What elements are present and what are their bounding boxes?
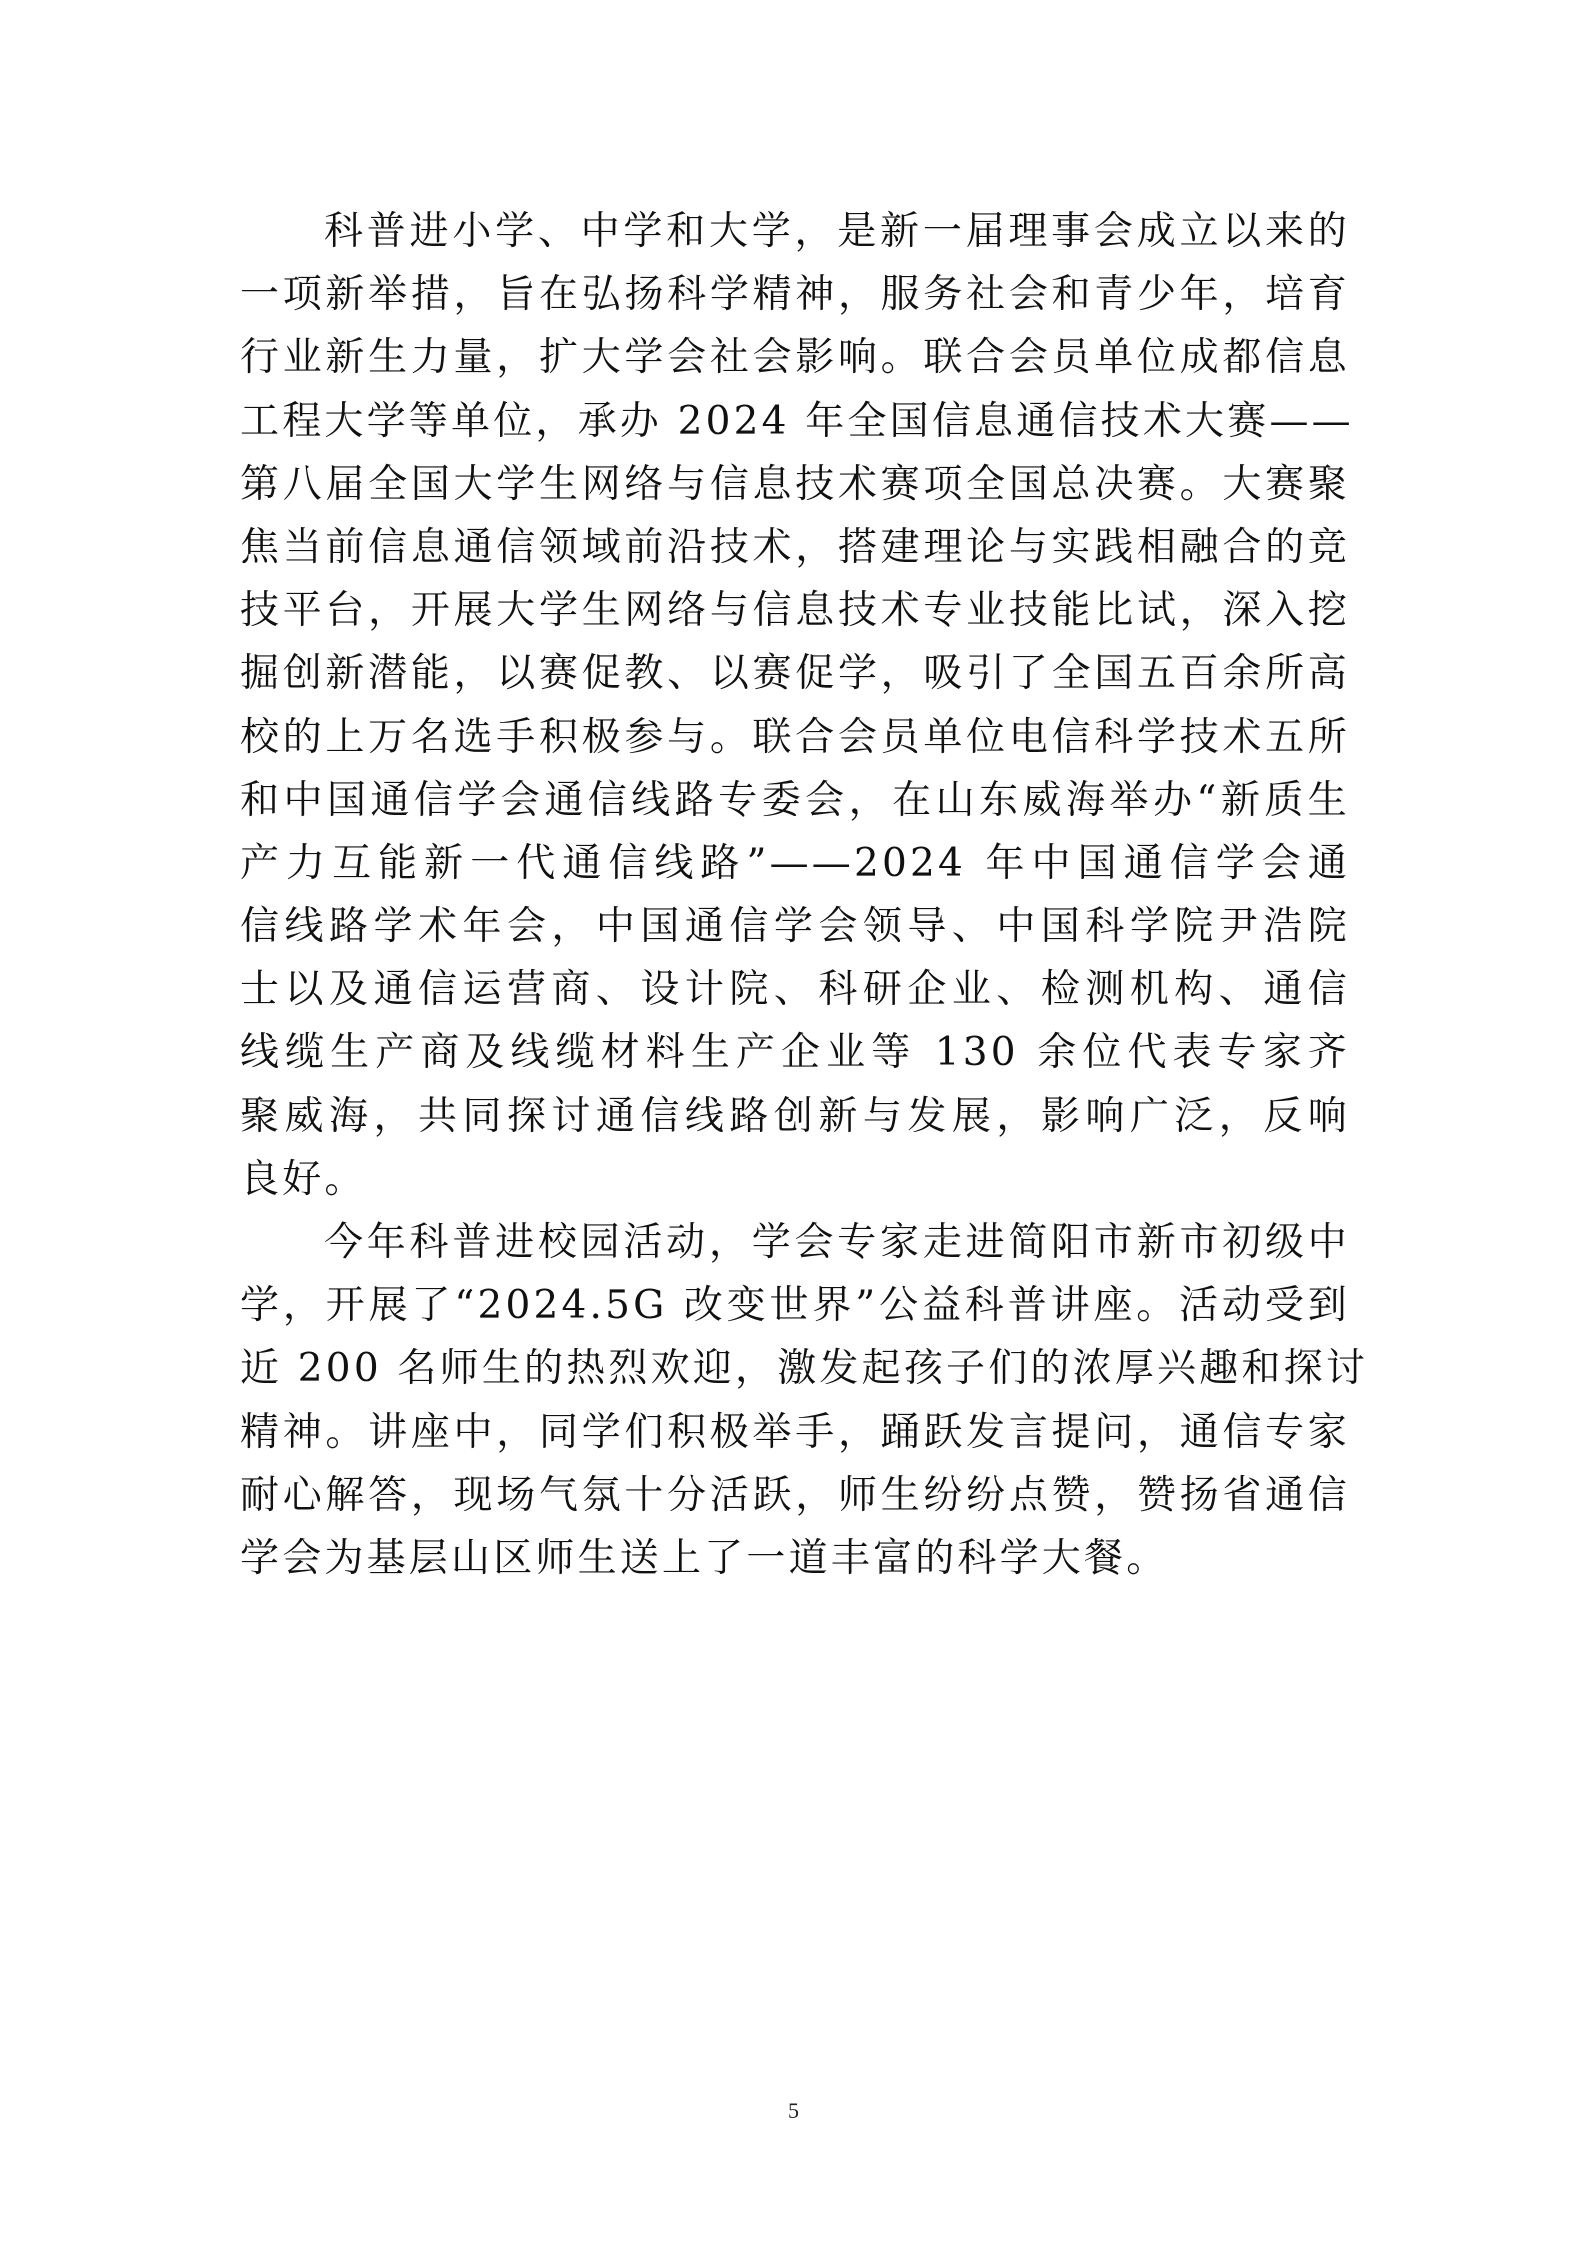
text-line: 耐心解答，现场气氛十分活跃，师生纷纷点赞，赞扬省通信	[240, 1464, 1350, 1527]
text-line: 近 200 名师生的热烈欢迎，激发起孩子们的浓厚兴趣和探讨	[240, 1337, 1350, 1400]
text-line: 工程大学等单位，承办 2024 年全国信息通信技术大赛——	[240, 390, 1350, 453]
text-line: 产力互能新一代通信线路”——2024 年中国通信学会通	[240, 832, 1350, 895]
body-text: 科普进小学、中学和大学，是新一届理事会成立以来的 一项新举措，旨在弘扬科学精神，…	[240, 200, 1350, 1590]
text-line: 科普进小学、中学和大学，是新一届理事会成立以来的	[240, 200, 1350, 263]
text-line: 行业新生力量，扩大学会社会影响。联合会员单位成都信息	[240, 326, 1350, 389]
document-page: 科普进小学、中学和大学，是新一届理事会成立以来的 一项新举措，旨在弘扬科学精神，…	[0, 0, 1587, 2245]
text-line: 今年科普进校园活动，学会专家走进简阳市新市初级中	[240, 1211, 1350, 1274]
text-line: 校的上万名选手积极参与。联合会员单位电信科学技术五所	[240, 706, 1350, 769]
text-line: 掘创新潜能，以赛促教、以赛促学，吸引了全国五百余所高	[240, 642, 1350, 705]
text-line: 和中国通信学会通信线路专委会，在山东威海举办“新质生	[240, 769, 1350, 832]
text-line: 技平台，开展大学生网络与信息技术专业技能比试，深入挖	[240, 579, 1350, 642]
text-line: 第八届全国大学生网络与信息技术赛项全国总决赛。大赛聚	[240, 453, 1350, 516]
text-line: 一项新举措，旨在弘扬科学精神，服务社会和青少年，培育	[240, 263, 1350, 326]
paragraph-science-outreach-events: 科普进小学、中学和大学，是新一届理事会成立以来的 一项新举措，旨在弘扬科学精神，…	[240, 200, 1350, 1211]
text-line: 学，开展了“2024.5G 改变世界”公益科普讲座。活动受到	[240, 1274, 1350, 1337]
text-line: 聚威海，共同探讨通信线路创新与发展，影响广泛，反响	[240, 1085, 1350, 1148]
text-line: 信线路学术年会，中国通信学会领导、中国科学院尹浩院	[240, 895, 1350, 958]
text-line: 良好。	[240, 1148, 1350, 1211]
text-line: 焦当前信息通信领域前沿技术，搭建理论与实践相融合的竞	[240, 516, 1350, 579]
text-line: 学会为基层山区师生送上了一道丰富的科学大餐。	[240, 1527, 1350, 1590]
text-line: 线缆生产商及线缆材料生产企业等 130 余位代表专家齐	[240, 1021, 1350, 1084]
page-number: 5	[0, 2098, 1587, 2124]
paragraph-campus-lecture: 今年科普进校园活动，学会专家走进简阳市新市初级中 学，开展了“2024.5G 改…	[240, 1211, 1350, 1590]
text-line: 士以及通信运营商、设计院、科研企业、检测机构、通信	[240, 958, 1350, 1021]
text-line: 精神。讲座中，同学们积极举手，踊跃发言提问，通信专家	[240, 1401, 1350, 1464]
